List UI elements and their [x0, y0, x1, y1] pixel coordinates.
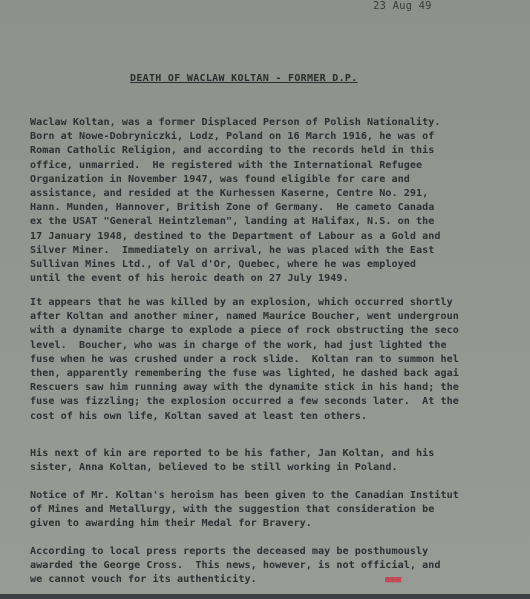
document-title: DEATH OF WACLAW KOLTAN - FORMER D.P.	[130, 73, 358, 84]
paragraph-george-cross: According to local press reports the dec…	[30, 545, 441, 588]
paragraph-next-of-kin: His next of kin are reported to be his f…	[30, 447, 434, 475]
document-page: 23 Aug 49 DEATH OF WACLAW KOLTAN - FORME…	[0, 0, 530, 594]
paragraph-medal-notice: Notice of Mr. Koltan's heroism has been …	[30, 489, 459, 532]
end-marker: ■■■	[385, 575, 401, 585]
paragraph-explosion: It appears that he was killed by an expl…	[30, 296, 459, 424]
page-bottom-edge	[0, 594, 530, 599]
paragraph-biography: Waclaw Koltan, was a former Displaced Pe…	[30, 116, 441, 286]
document-date: 23 Aug 49	[373, 0, 432, 12]
